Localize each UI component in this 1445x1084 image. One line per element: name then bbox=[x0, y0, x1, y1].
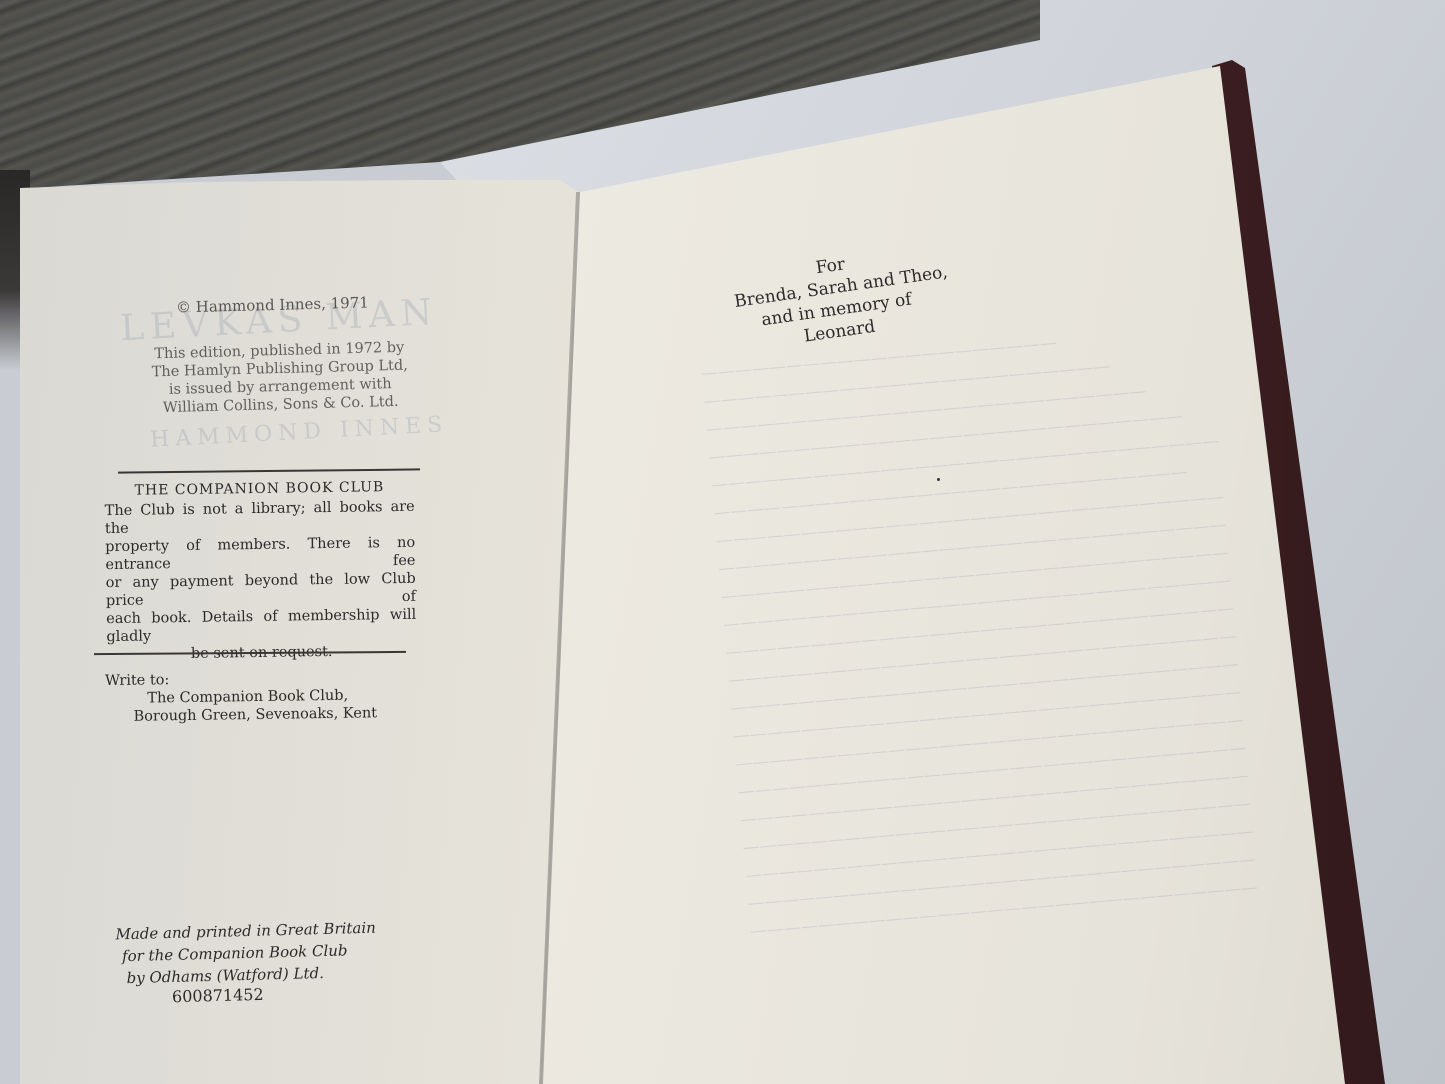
club-title: THE COMPANION BOOK CLUB bbox=[94, 478, 414, 500]
club-body-line: or any payment beyond the low Club price… bbox=[106, 570, 416, 610]
club-body-line: property of members. There is no entranc… bbox=[105, 534, 415, 574]
club-body-line: The Club is not a library; all books are… bbox=[105, 498, 415, 538]
paper-speck bbox=[937, 478, 940, 481]
isbn-number: 600871452 bbox=[172, 985, 264, 1006]
printer-notice: Made and printed in Great Britain for th… bbox=[115, 917, 377, 990]
club-notice: THE COMPANION BOOK CLUB The Club is not … bbox=[94, 478, 417, 726]
show-through-text: ————————————————————— ——————————————————… bbox=[700, 315, 1279, 1058]
club-body: The Club is not a library; all books are… bbox=[95, 498, 417, 664]
edition-notice: This edition, published in 1972 by The H… bbox=[149, 339, 411, 418]
photo-scene: LEVKAS MAN HAMMOND INNES ———————————————… bbox=[0, 0, 1445, 1084]
club-body-line: each book. Details of membership will gl… bbox=[106, 606, 416, 646]
